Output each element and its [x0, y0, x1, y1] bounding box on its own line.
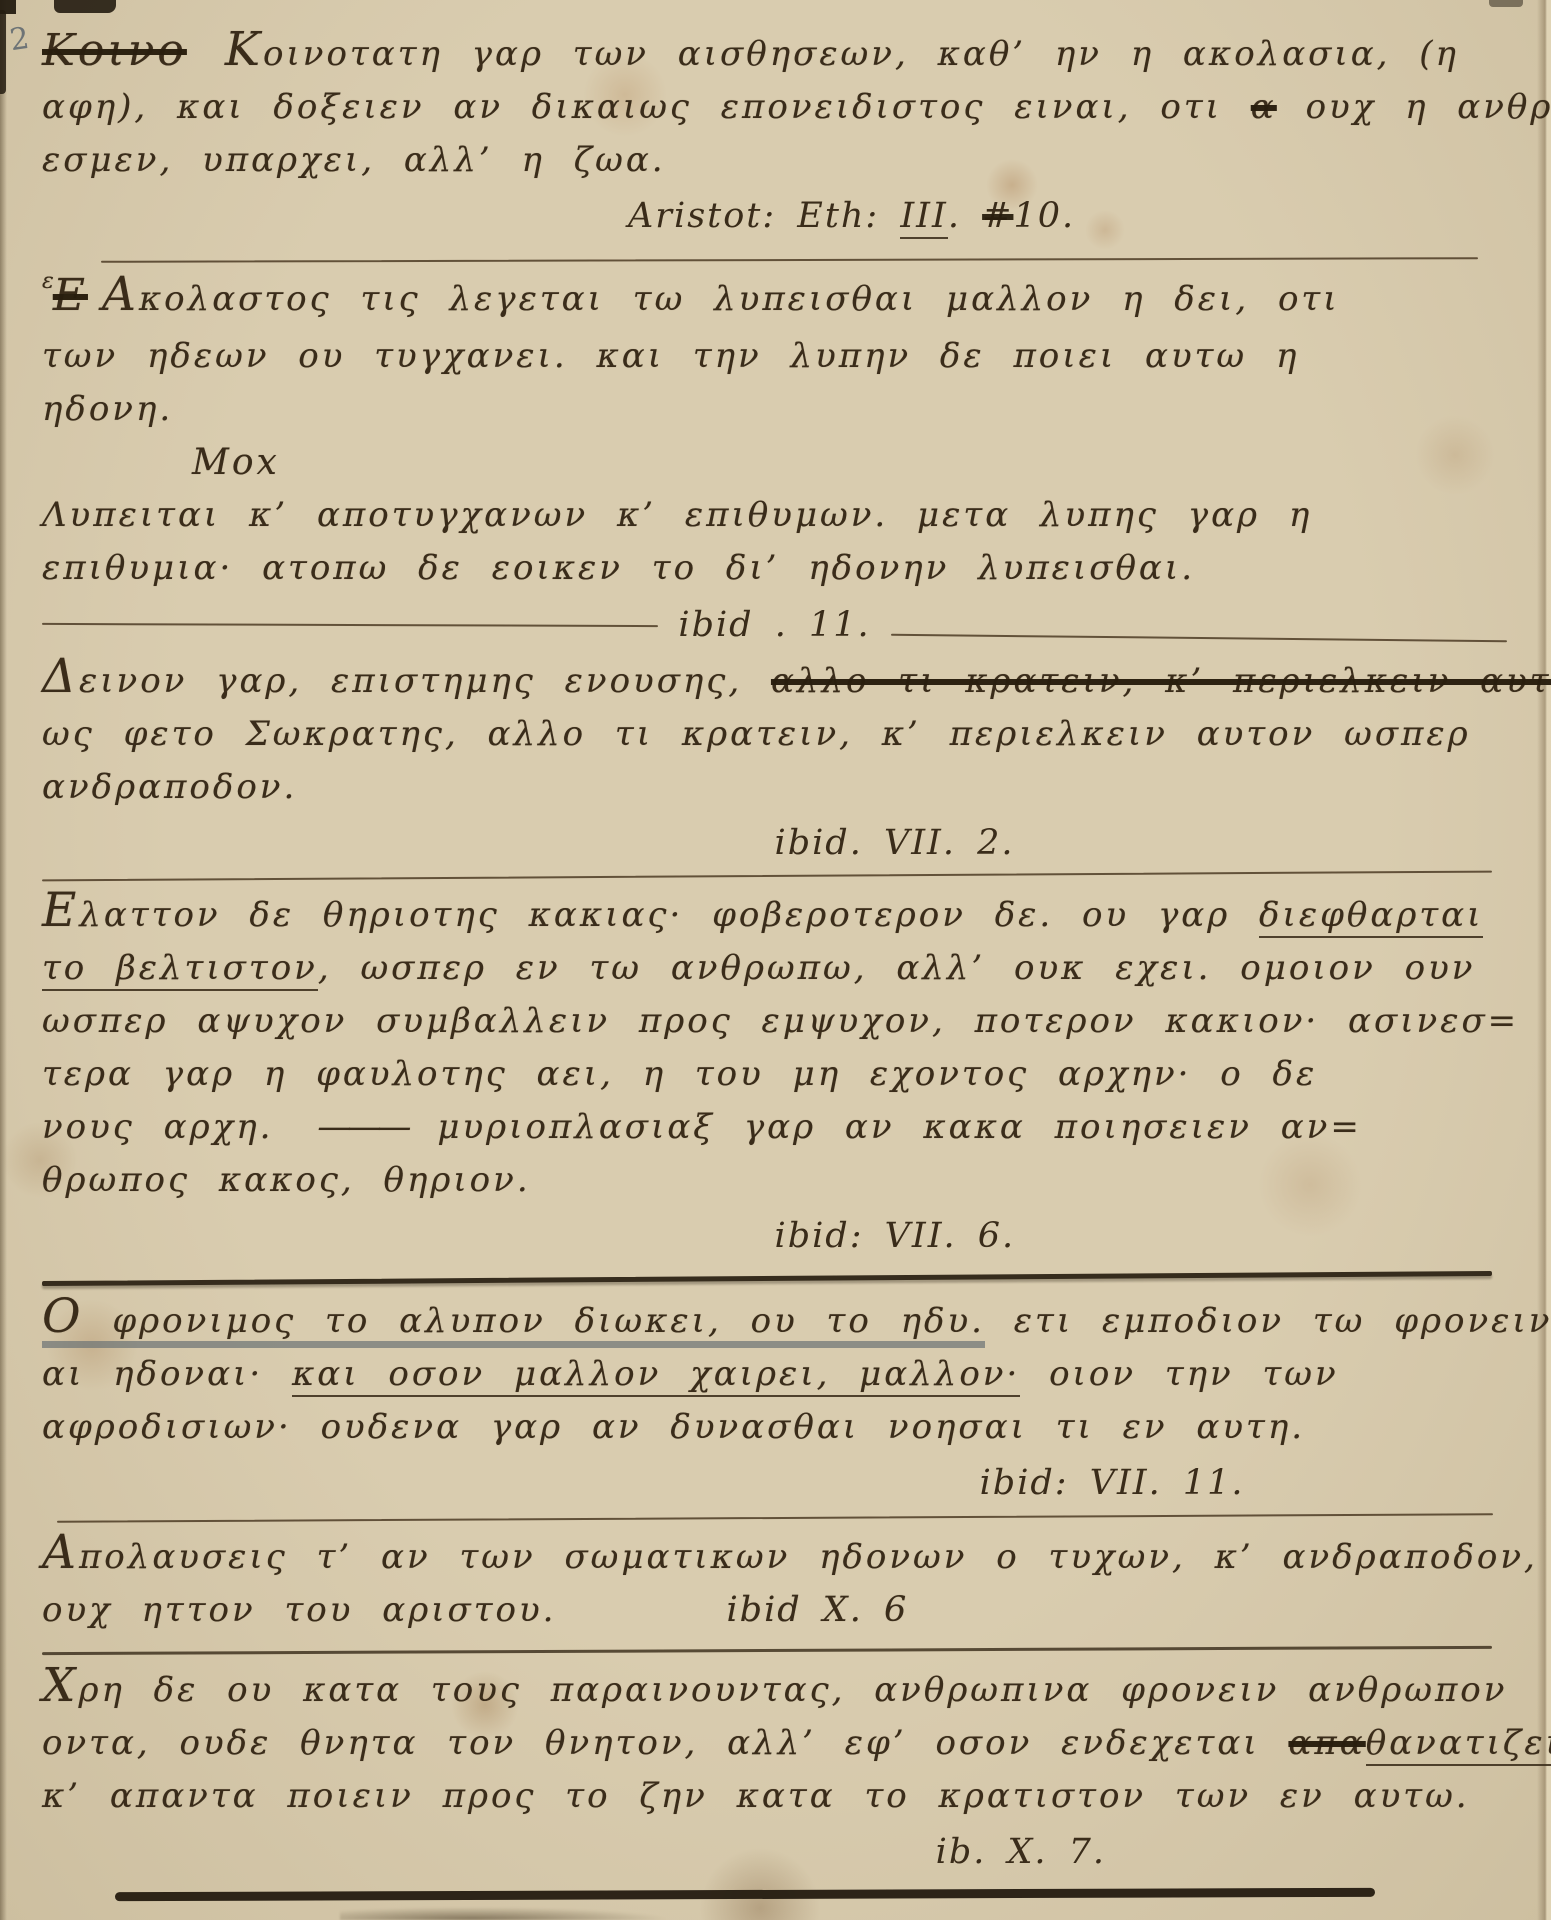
citation: ibid X. 6 [726, 1590, 908, 1630]
text-segment: κ’ απαντα ποιειν προς το ζην κατα το κρα… [42, 1776, 1470, 1816]
initial-letter: Δ [42, 649, 79, 704]
entry-3: Δεινον γαρ, επιστημης ενουσης, αλλο τι κ… [42, 653, 1507, 869]
citation-underlined: III [900, 196, 947, 239]
text-line: ουχ ηττον του αριστου.ibid X. 6 [42, 1584, 1507, 1637]
text-line: οντα, ουδε θνητα τον θνητον, αλλ’ εφ’ οσ… [42, 1717, 1507, 1770]
text-line: ως φετο Σωκρατης, αλλο τι κρατειν, κ’ πε… [42, 708, 1507, 761]
text-line: το βελτιστον, ωσπερ εν τω ανθρωπω, αλλ’ … [42, 942, 1507, 995]
separator-rule [891, 634, 1507, 642]
text-segment: οινοτατη γαρ των αισθησεων, καθ’ ην η ακ… [263, 34, 1459, 74]
text-segment: ετι εμποδιον τω φρονειν [985, 1301, 1551, 1341]
separator-rule [42, 1646, 1492, 1655]
text-line: αφη), και δοξειεν αν δικαιως επονειδιστο… [42, 81, 1507, 134]
cut-off-text-smudge [340, 1907, 670, 1920]
initial-letter: Χ [42, 1658, 78, 1713]
citation-segment: ibid . 11. [678, 605, 870, 645]
initial-letter: Κ [225, 22, 263, 77]
text-segment: λαττον δε θηριοτης κακιας· φοβεροτερον δ… [79, 895, 1259, 935]
entry-5: Ο φρονιμος το αλυπον διωκει, ου το ηδυ. … [42, 1293, 1507, 1509]
text-segment: ρη δε ου κατα τους παραινουντας, ανθρωπι… [78, 1670, 1507, 1710]
initial-letter: Ε [42, 883, 79, 938]
text-line: ωσπερ αψυχον συμβαλλειν προς εμψυχον, πο… [42, 995, 1507, 1048]
text-segment: πολαυσεις τ’ αν των σωματικων ηδονων ο τ… [79, 1537, 1538, 1577]
entry-1: ΚοινοΚοινοτατη γαρ των αισθησεων, καθ’ η… [42, 24, 1507, 242]
text-segment: τερα γαρ η φαυλοτης αει, η του μη εχοντο… [42, 1054, 1317, 1094]
manuscript-page: 2 ΚοινοΚοινοτατη γαρ των αισθησεων, καθ’… [0, 0, 1551, 1920]
underlined-segment: το βελτιστον [42, 948, 318, 991]
text-segment: επιθυμια· ατοπω δε εοικεν το δι’ ηδονην … [42, 548, 1195, 588]
text-line: νους αρχη.———μυριοπλασιαξ γαρ αν κακα πο… [42, 1101, 1507, 1154]
text-segment: , ωσπερ εν τω ανθρωπω, αλλ’ ουκ εχει. ομ… [318, 948, 1476, 988]
page-right-edge-shadow [1537, 0, 1551, 1920]
text-line: Απολαυσεις τ’ αν των σωματικων ηδονων ο … [42, 1529, 1507, 1584]
struck-segment: απα [1288, 1723, 1365, 1763]
text-segment: αι ηδοναι· [42, 1354, 292, 1394]
text-line: ανδραποδον. [42, 761, 1507, 814]
separator-rule [42, 871, 1492, 882]
separator-rule [42, 623, 658, 627]
struck-word: Ε [53, 270, 88, 321]
citation-segment: ibid. VII. 2. [775, 823, 1015, 863]
ink-smudge-topright [1489, 0, 1523, 7]
ink-smudge-left [0, 10, 6, 94]
pencil-underlined-segment: Ο φρονιμος το αλυπον διωκει, ου το ηδυ. [42, 1301, 985, 1348]
text-segment: φρονιμος το αλυπον διωκει, ου το ηδυ. [84, 1301, 985, 1341]
text-segment: ηδονη. [42, 389, 173, 429]
text-segment: νους αρχη. [42, 1107, 273, 1147]
text-line: κ’ απαντα ποιειν προς το ζην κατα το κρα… [42, 1770, 1507, 1823]
entry-4: Ελαττον δε θηριοτης κακιας· φοβεροτερον … [42, 887, 1507, 1262]
underlined-segment: διεφθαρται [1259, 895, 1483, 938]
text-line: Λυπειται κ’ αποτυγχανων κ’ επιθυμων. μετ… [42, 489, 1507, 542]
citation: ibid. VII. 2. [775, 817, 1508, 869]
text-line: των ηδεων ου τυγχανει. και την λυπην δε … [42, 330, 1507, 383]
text-line: θρωπος κακος, θηριον. [42, 1154, 1507, 1207]
text-line: Ο φρονιμος το αλυπον διωκει, ου το ηδυ. … [42, 1293, 1507, 1348]
citation-segment: ib. X. 7. [936, 1832, 1106, 1872]
text-segment: αφη), και δοξειεν αν δικαιως επονειδιστο… [42, 87, 1251, 127]
text-segment: θρωπος κακος, θηριον. [42, 1160, 531, 1200]
citation-segment: ibid: VII. 11. [980, 1463, 1245, 1503]
citation-row: ibid . 11. [42, 599, 1507, 651]
separator-rule-thick [42, 1271, 1492, 1286]
text-line: ηδονη. [42, 383, 1507, 436]
text-segment: ανδραποδον. [42, 767, 297, 807]
struck-word: Κοινο [42, 25, 187, 76]
text-segment: εινον γαρ, επιστημης ενουσης, [79, 661, 771, 701]
struck-segment: αλλο τι κρατειν, κ’ περιελκειν αυτον [771, 661, 1551, 701]
text-segment: ουχ ηττον του αριστου. [42, 1590, 556, 1630]
initial-letter: Α [102, 267, 139, 322]
text-segment: εσμεν, υπαρχει, αλλ’ η ζωα. [42, 140, 666, 180]
page-number: 2 [8, 21, 32, 58]
struck-segment: α [1251, 87, 1277, 127]
ink-smudge-top [54, 0, 116, 13]
citation: Aristot: Eth: III. #10. [628, 190, 1507, 242]
text-segment: Λυπειται κ’ αποτυγχανων κ’ επιθυμων. μετ… [42, 495, 1312, 535]
separator-rule-bottom [115, 1888, 1375, 1901]
text-segment: οντα, ουδε θνητα τον θνητον, αλλ’ εφ’ οσ… [42, 1723, 1288, 1763]
citation-segment: . [948, 196, 982, 236]
separator-rule [101, 257, 1478, 263]
marginal-note: Mox [42, 436, 1507, 489]
text-line: Ελαττον δε θηριοτης κακιας· φοβεροτερον … [42, 887, 1507, 942]
text-line: αφροδισιων· ουδενα γαρ αν δυνασθαι νοησα… [42, 1401, 1507, 1454]
citation: ib. X. 7. [936, 1826, 1507, 1878]
underlined-segment: και οσον μαλλον χαιρει, μαλλον· [292, 1354, 1020, 1397]
text-segment: οιον την των [1020, 1354, 1338, 1394]
page-left-edge-shadow [0, 0, 7, 1920]
text-line: αι ηδοναι· και οσον μαλλον χαιρει, μαλλο… [42, 1348, 1507, 1401]
text-segment: ως φετο Σωκρατης, αλλο τι κρατειν, κ’ πε… [42, 714, 1471, 754]
long-dash: ——— [273, 1107, 437, 1147]
text-line: τερα γαρ η φαυλοτης αει, η του μη εχοντο… [42, 1048, 1507, 1101]
citation-segment: Aristot: Eth: [628, 196, 900, 236]
citation: ibid . 11. [678, 599, 870, 651]
citation: ibid: VII. 11. [980, 1457, 1507, 1509]
entry-2: εΕΑκολαστος τις λεγεται τω λυπεισθαι μαλ… [42, 269, 1507, 651]
citation: ibid: VII. 6. [775, 1210, 1508, 1262]
text-line: Δεινον γαρ, επιστημης ενουσης, αλλο τι κ… [42, 653, 1507, 708]
entry-6: Απολαυσεις τ’ αν των σωματικων ηδονων ο … [42, 1529, 1507, 1637]
text-segment: Mox [192, 442, 280, 483]
initial-letter: Ο [42, 1289, 84, 1344]
text-line: Χρη δε ου κατα τους παραινουντας, ανθρωπ… [42, 1662, 1507, 1717]
citation-segment: ibid: VII. 6. [775, 1216, 1016, 1256]
text-segment: αφροδισιων· ουδενα γαρ αν δυνασθαι νοησα… [42, 1407, 1305, 1447]
text-segment: μυριοπλασιαξ γαρ αν κακα ποιησειεν αν= [437, 1107, 1361, 1147]
citation-segment: 10. [1013, 196, 1075, 236]
text-line: επιθυμια· ατοπω δε εοικεν το δι’ ηδονην … [42, 542, 1507, 595]
text-segment: ωσπερ αψυχον συμβαλλειν προς εμψυχον, πο… [42, 1001, 1519, 1041]
text-line: εσμεν, υπαρχει, αλλ’ η ζωα. [42, 134, 1507, 187]
text-line: ΚοινοΚοινοτατη γαρ των αισθησεων, καθ’ η… [42, 24, 1507, 81]
text-segment: κολαστος τις λεγεται τω λυπεισθαι μαλλον… [139, 279, 1340, 319]
underlined-segment: θανατιζειν [1366, 1723, 1551, 1766]
insertion-mark: ε [42, 269, 57, 294]
text-segment: ουχ η ανθρωποι [1277, 87, 1551, 127]
citation-struck: # [982, 196, 1013, 236]
entry-7: Χρη δε ου κατα τους παραινουντας, ανθρωπ… [42, 1662, 1507, 1878]
text-line: εΕΑκολαστος τις λεγεται τω λυπεισθαι μαλ… [42, 269, 1507, 330]
text-block: ΚοινοΚοινοτατη γαρ των αισθησεων, καθ’ η… [42, 24, 1507, 1899]
initial-letter: Α [42, 1525, 79, 1580]
text-segment: των ηδεων ου τυγχανει. και την λυπην δε … [42, 336, 1299, 376]
separator-rule [57, 1513, 1493, 1523]
